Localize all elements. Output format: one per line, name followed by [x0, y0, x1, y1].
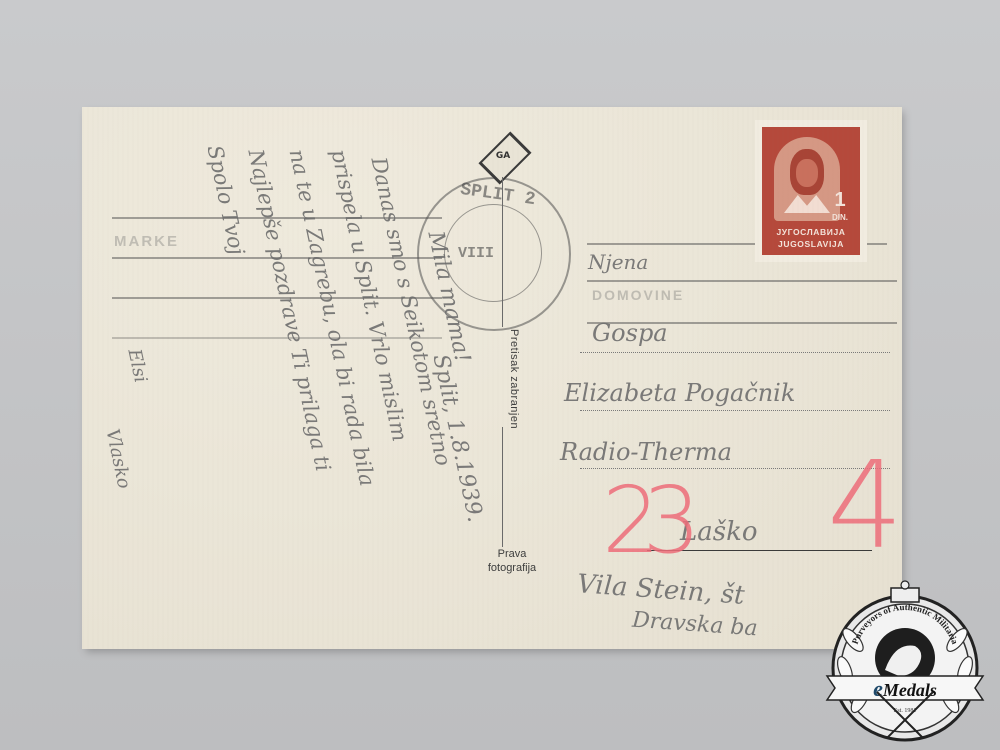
address-line-6: Vila Stein, št — [576, 569, 745, 611]
address-line-4: Radio-Therma — [560, 438, 732, 466]
postcard: MARKE DOMOVINE SPLIT 2 VIII GA Pretisak … — [82, 107, 902, 649]
center-divider — [502, 177, 503, 327]
emedals-watermark: Purveyors of Authentic Militaria eMedals… — [815, 580, 995, 745]
reprint-notice: Pretisak zabranjen — [508, 329, 520, 429]
cancel-line — [112, 337, 442, 339]
postmark-partial — [894, 177, 902, 327]
stamp-country-latin: JUGOSLAVIJA — [762, 239, 860, 249]
postage-stamp: 1 DIN. ЈУГОСЛАВИЈА JUGOSLAVIJA — [755, 120, 867, 262]
publisher-logo-monogram: GA — [495, 151, 511, 167]
stamp-currency: DIN. — [826, 213, 854, 222]
photo-notice: Prava fotografija — [477, 547, 547, 575]
stamp-portrait-icon — [790, 149, 824, 195]
photo-notice-line1: Prava — [477, 547, 547, 561]
message-line-5: Spolo Tvoj — [203, 143, 250, 257]
address-line-3: Elizabeta Pogačnik — [564, 379, 795, 407]
address-line-1: Njena — [588, 250, 648, 274]
stamp-body: 1 DIN. ЈУГОСЛАВИЈА JUGOSLAVIJA — [762, 127, 860, 255]
address-rule — [580, 410, 890, 411]
address-city: Laško — [680, 517, 758, 547]
red-pencil-mark: 4 — [827, 437, 902, 576]
message-signature-1: Elsi — [123, 347, 151, 385]
message-signature-2: Vlasko — [101, 427, 134, 491]
center-divider-lower — [502, 427, 503, 547]
address-line-7: Dravska ba — [631, 608, 758, 642]
postmark-date: VIII — [458, 245, 494, 262]
cancel-slogan-right: DOMOVINE — [592, 287, 684, 303]
photo-notice-line2: fotografija — [477, 561, 547, 575]
cancel-line — [587, 280, 897, 282]
emedals-badge-icon: Purveyors of Authentic Militaria eMedals… — [815, 580, 995, 745]
cancel-slogan-left: MARKE — [114, 233, 179, 250]
red-pencil-number: 23 — [602, 467, 683, 574]
address-line-2: Gospa — [592, 319, 668, 347]
stamp-country-cyrillic: ЈУГОСЛАВИЈА — [762, 227, 860, 237]
address-rule — [580, 352, 890, 353]
stamp-value: 1 — [826, 189, 854, 212]
